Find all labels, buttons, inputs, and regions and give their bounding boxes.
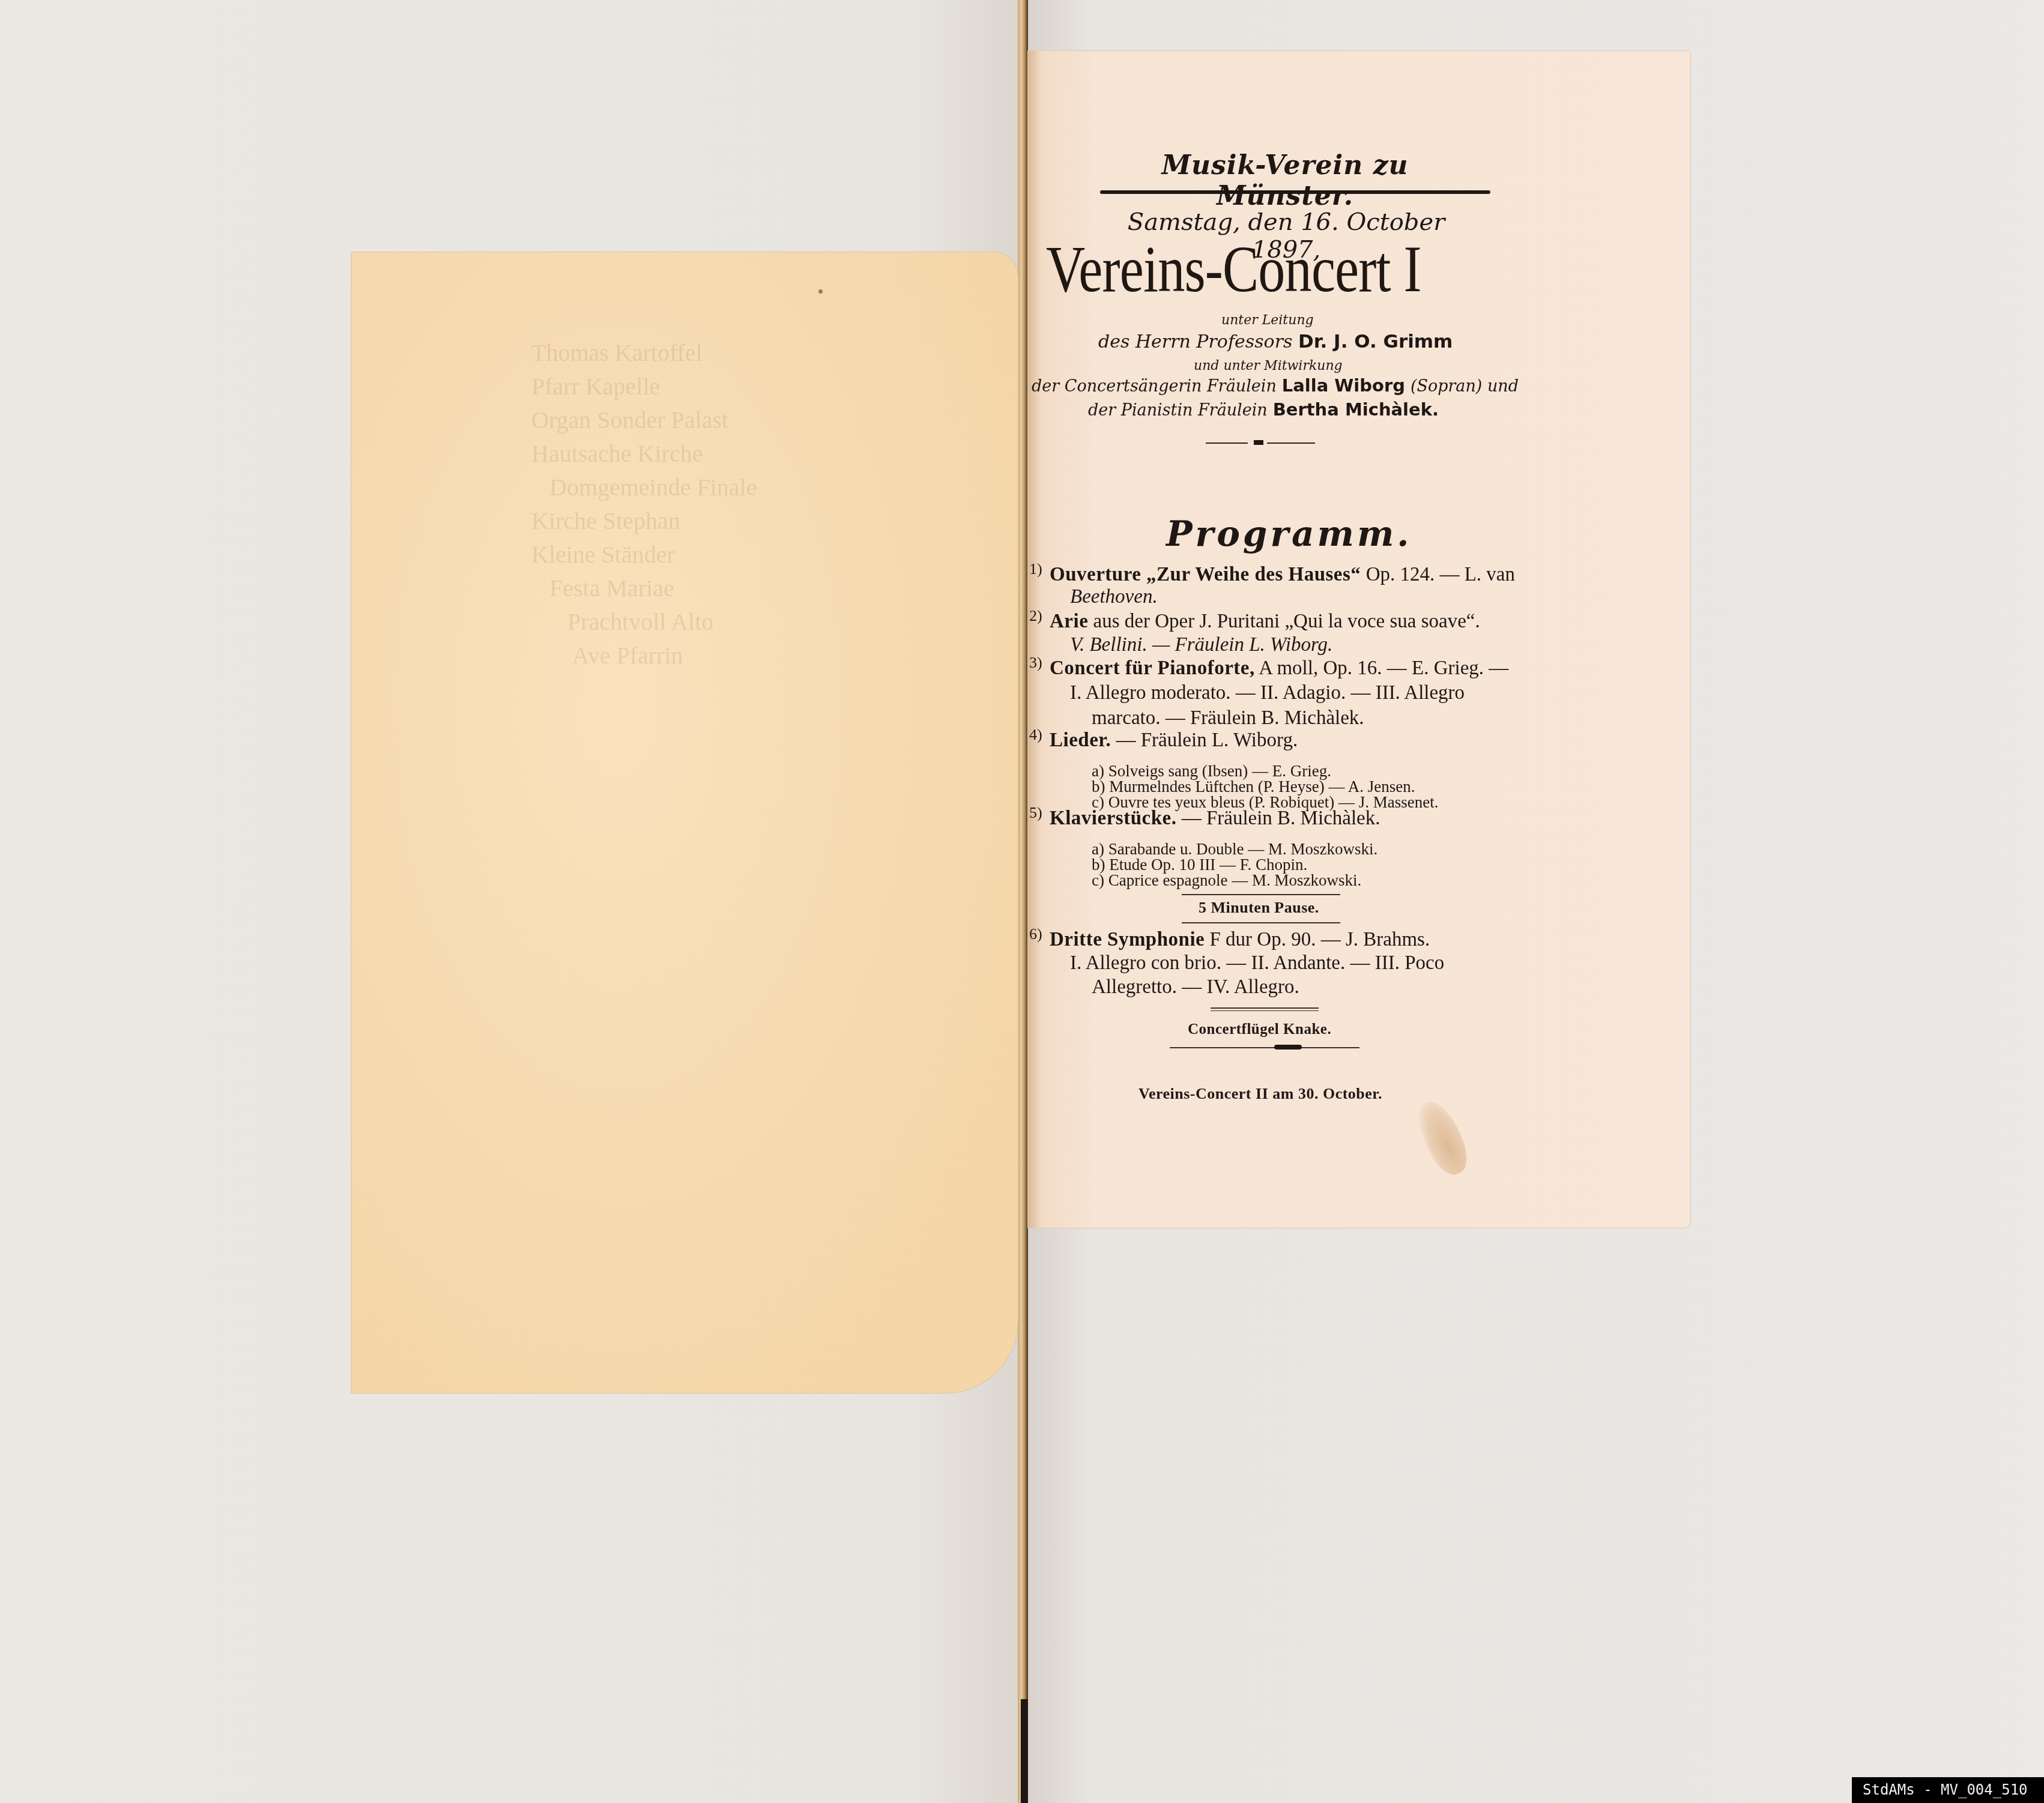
- next-concert: Vereins-Concert II am 30. October.: [1138, 1085, 1382, 1103]
- intermission-label: 5 Minuten Pause.: [1199, 899, 1319, 917]
- bleed-through-text: Thomas Kartoffel Pfarr Kapelle Organ Son…: [531, 336, 1012, 817]
- item-title: Klavierstücke.: [1050, 808, 1176, 829]
- footer-ornament-right: [1299, 1047, 1359, 1048]
- item-detail: — Fräulein L. Wiborg.: [1111, 729, 1298, 751]
- item-continuation: I. Allegro con brio. — II. Andante. — II…: [1070, 952, 1444, 974]
- footer-ornament-dots: [1274, 1045, 1302, 1049]
- program-heading: Programm.: [1166, 513, 1370, 554]
- header-rule: [1100, 190, 1490, 194]
- item-continuation: I. Allegro moderato. — II. Adagio. — III…: [1070, 681, 1465, 704]
- item-title: Arie: [1050, 611, 1088, 632]
- conductor-name: Dr. J. O. Grimm: [1298, 331, 1453, 352]
- conductor-prefix: des Herrn Professors: [1098, 331, 1292, 352]
- item-title: Ouverture „Zur Weihe des Hauses“: [1050, 564, 1361, 585]
- pianist-line: der Pianistin Fräulein Bertha Michàlek.: [1088, 399, 1439, 420]
- item-number: 1): [1029, 558, 1042, 581]
- ornament-block: [1254, 440, 1263, 445]
- singer-prefix: der Concertsängerin Fräulein: [1032, 377, 1277, 396]
- piano-credit: Concertflügel Knake.: [1188, 1021, 1331, 1038]
- item-number: 2): [1029, 605, 1042, 627]
- singer-line: der Concertsängerin Fräulein Lalla Wibor…: [1032, 375, 1519, 396]
- item-title: Lieder.: [1050, 729, 1111, 751]
- singer-name: Lalla Wiborg: [1282, 375, 1405, 396]
- intermission-rule-bottom: [1182, 922, 1340, 923]
- concert-title: Vereins-Concert I: [1046, 233, 1420, 305]
- item-detail: aus der Oper J. Puritani „Qui la voce su…: [1088, 611, 1480, 632]
- pianist-prefix: der Pianistin Fräulein: [1088, 401, 1268, 420]
- conductor-line: des Herrn Professors Dr. J. O. Grimm: [1098, 331, 1453, 352]
- book-gutter: [1018, 0, 1028, 1803]
- item-continuation: Allegretto. — IV. Allegro.: [1092, 976, 1299, 998]
- credit-rule-top: [1211, 1007, 1319, 1009]
- pianist-name: Bertha Michàlek.: [1273, 399, 1439, 420]
- item-number: 3): [1029, 651, 1042, 674]
- society-header: Musik-Verein zu Münster.: [1117, 150, 1453, 211]
- archive-label: StdAMs - MV_004_510: [1852, 1777, 2044, 1803]
- item-detail: Op. 124. — L. van: [1361, 564, 1515, 585]
- facing-sheet: Thomas Kartoffel Pfarr Kapelle Organ Son…: [351, 252, 1018, 1393]
- item-continuation: V. Bellini. — Fräulein L. Wiborg.: [1070, 633, 1332, 656]
- item-number: 5): [1029, 802, 1042, 824]
- item-detail: A moll, Op. 16. — E. Grieg. —: [1255, 657, 1509, 679]
- gutter-shadow: [1021, 1699, 1028, 1803]
- intermission-rule-top: [1182, 894, 1340, 895]
- ornament-rule-right: [1267, 442, 1315, 444]
- item-continuation: marcato. — Fräulein B. Michàlek.: [1092, 707, 1364, 729]
- item-title: Dritte Symphonie: [1050, 929, 1205, 950]
- item-detail: — Fräulein B. Michàlek.: [1176, 808, 1380, 829]
- item-number: 4): [1029, 723, 1042, 746]
- item-title: Concert für Pianoforte,: [1050, 657, 1255, 679]
- collaboration-label: und unter Mitwirkung: [1194, 358, 1343, 373]
- direction-label: unter Leitung: [1221, 313, 1314, 328]
- singer-voice: (Sopran) und: [1411, 377, 1519, 396]
- ornament-rule-left: [1206, 442, 1248, 444]
- credit-rule-bottom: [1211, 1010, 1319, 1011]
- paper-speck: [818, 289, 823, 294]
- subitem: c) Caprice espagnole — M. Moszkowski.: [1092, 869, 1361, 892]
- item-continuation: Beethoven.: [1070, 585, 1158, 608]
- item-detail: F dur Op. 90. — J. Brahms.: [1205, 929, 1430, 950]
- item-number: 6): [1029, 923, 1042, 946]
- footer-ornament-left: [1170, 1047, 1278, 1048]
